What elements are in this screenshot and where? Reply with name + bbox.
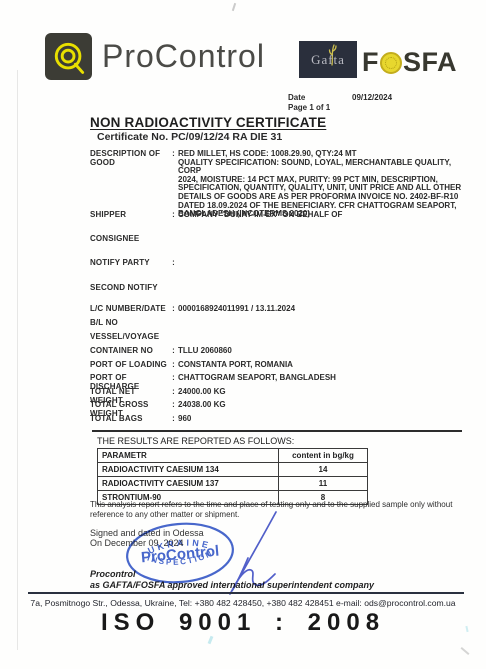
field-label: CONSIGNEE <box>90 235 169 244</box>
field-row-lc-number: L/C NUMBER/DATE : 0000168924011991 / 13.… <box>90 305 474 314</box>
field-label: DESCRIPTION OF GOOD <box>90 150 169 219</box>
col-header-content: content in bg/kg <box>279 449 368 463</box>
field-label: TOTAL BAGS <box>90 415 169 424</box>
field-colon: : <box>169 347 178 356</box>
results-divider <box>92 430 462 432</box>
results-intro: THE RESULTS ARE REPORTED AS FOLLOWS: <box>97 436 294 446</box>
q-spiral-icon <box>45 33 92 80</box>
value-cell: 11 <box>279 477 368 491</box>
scan-artifact-line <box>17 70 18 650</box>
parameter-cell: RADIOACTIVITY CAESIUM 137 <box>98 477 279 491</box>
field-label: SHIPPER <box>90 211 169 220</box>
field-value: TLLU 2060860 <box>178 347 474 356</box>
field-colon: : <box>169 150 178 219</box>
iso-badge: ISO 9001 : 2008 <box>0 609 486 637</box>
field-value: 0000168924011991 / 13.11.2024 <box>178 305 474 314</box>
field-colon <box>169 319 178 328</box>
col-header-parameter: PARAMETR <box>98 449 279 463</box>
field-value: COMPANY "DUNAY-IM-EX" ON BEHALF OF <box>178 211 474 220</box>
field-colon: : <box>169 211 178 220</box>
signature-scribble <box>190 506 295 598</box>
field-colon <box>169 284 178 293</box>
certificate-page: ProControl Gafta F SFA Date 09/12/2024 P… <box>0 0 486 669</box>
field-label: B/L NO <box>90 319 169 328</box>
field-row-port-loading: PORT OF LOADING : CONSTANTA PORT, ROMANI… <box>90 361 474 370</box>
table-header-row: PARAMETR content in bg/kg <box>98 449 368 463</box>
field-value: 960 <box>178 415 474 424</box>
field-value <box>178 284 474 293</box>
field-label: VESSEL/VOYAGE <box>90 333 169 342</box>
brand-wordmark: ProControl <box>102 38 265 75</box>
footer-address: 7a, Posmitnogo Str., Odessa, Ukraine, Te… <box>0 598 486 608</box>
field-label: SECOND NOTIFY <box>90 284 169 293</box>
field-row-consignee: CONSIGNEE <box>90 235 474 244</box>
field-row-total-bags: TOTAL BAGS : 960 <box>90 415 474 424</box>
gafta-logo: Gafta <box>299 41 357 78</box>
fosfa-sfa: SFA <box>403 47 457 78</box>
value-cell: 14 <box>279 463 368 477</box>
field-label: CONTAINER NO <box>90 347 169 356</box>
page-count: Page 1 of 1 <box>288 103 330 113</box>
date-value: 09/12/2024 <box>352 93 392 103</box>
sunflower-icon <box>380 52 402 74</box>
certificate-title: NON RADIOACTIVITY CERTIFICATE <box>90 115 326 130</box>
field-value: CONSTANTA PORT, ROMANIA <box>178 361 474 370</box>
field-row-bl-no: B/L NO <box>90 319 474 328</box>
field-colon: : <box>169 415 178 424</box>
field-value <box>178 333 474 342</box>
field-colon <box>169 235 178 244</box>
table-row: RADIOACTIVITY CAESIUM 137 11 <box>98 477 368 491</box>
field-colon <box>169 333 178 342</box>
footer-divider <box>28 592 464 594</box>
field-value <box>178 235 474 244</box>
field-row-vessel: VESSEL/VOYAGE <box>90 333 474 342</box>
field-colon: : <box>169 361 178 370</box>
field-row-shipper: SHIPPER : COMPANY "DUNAY-IM-EX" ON BEHAL… <box>90 211 474 220</box>
results-table: PARAMETR content in bg/kg RADIOACTIVITY … <box>97 448 368 505</box>
field-value <box>178 259 474 268</box>
gafta-wordmark: Gafta <box>311 52 345 68</box>
field-label: NOTIFY PARTY <box>90 259 169 268</box>
scan-artifact <box>208 636 214 645</box>
field-row-second-notify: SECOND NOTIFY <box>90 284 474 293</box>
field-row-container-no: CONTAINER NO : TLLU 2060860 <box>90 347 474 356</box>
scan-artifact <box>461 647 470 655</box>
field-label: L/C NUMBER/DATE <box>90 305 169 314</box>
date-block: Date 09/12/2024 Page 1 of 1 <box>288 93 330 112</box>
fosfa-f: F <box>362 47 379 78</box>
field-row-description: DESCRIPTION OF GOOD : RED MILLET, HS COD… <box>90 150 474 219</box>
field-label: PORT OF LOADING <box>90 361 169 370</box>
field-value <box>178 319 474 328</box>
field-colon: : <box>169 305 178 314</box>
certificate-number: Certificate No. PC/09/12/24 RA DIE 31 <box>97 131 282 143</box>
date-label: Date <box>288 93 330 103</box>
scan-artifact <box>232 3 236 11</box>
parameter-cell: RADIOACTIVITY CAESIUM 134 <box>98 463 279 477</box>
field-row-notify-party: NOTIFY PARTY : <box>90 259 474 268</box>
fosfa-logo: F SFA <box>362 47 457 78</box>
field-value: RED MILLET, HS CODE: 1008.29.90, QTY:24 … <box>178 150 474 219</box>
procontrol-logo: ProControl <box>45 33 265 80</box>
table-row: RADIOACTIVITY CAESIUM 134 14 <box>98 463 368 477</box>
field-colon: : <box>169 259 178 268</box>
